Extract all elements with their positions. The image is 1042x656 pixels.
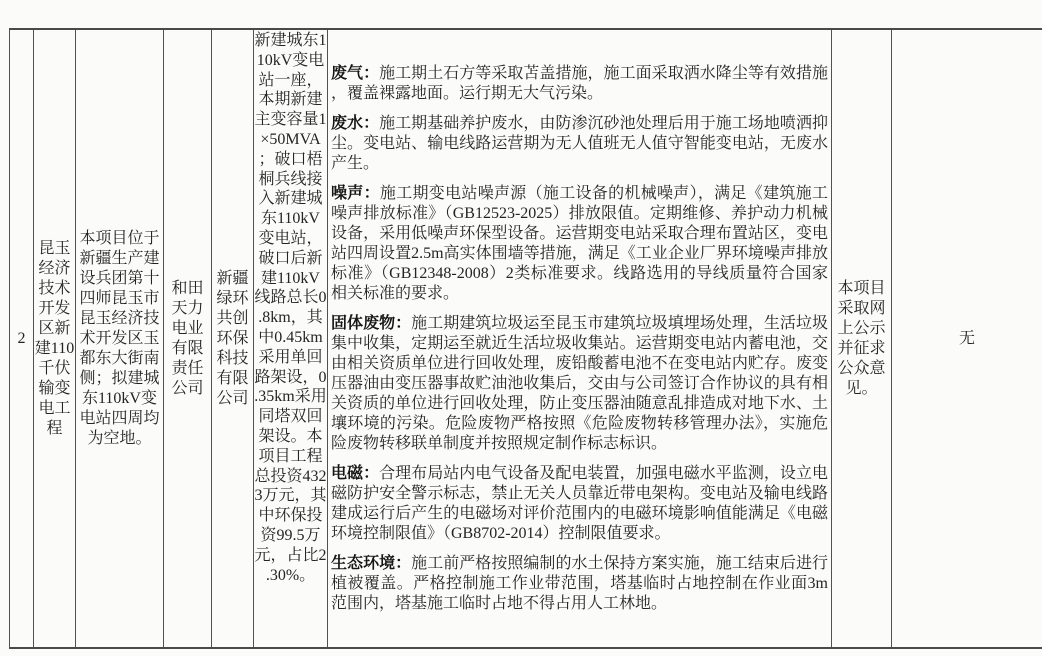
- project-name: 昆玉经济技术开发区新建110千伏输变电工程: [34, 239, 75, 439]
- scanned-document-page: 2 昆玉经济技术开发区新建110千伏输变电工程 本项目位于新疆生产建设兵团第十四…: [0, 0, 1042, 656]
- measure-solid-waste-text: 施工期建筑垃圾运至昆玉市建筑垃圾填埋场处理，生活垃圾集中收集，定期运至就近生活垃…: [331, 315, 828, 452]
- measure-wastewater-text: 施工期基础养护废水，由防渗沉砂池处理后用于施工场地喷洒抑尘。变电站、输电线路运营…: [331, 115, 828, 172]
- construction-unit-cell: 和田天力电业有限责任公司: [163, 30, 211, 647]
- project-overview-cell: 新建城东110kV变电站一座，本期新建主变容量1×50MVA；破口梧桐兵线接入新…: [253, 30, 327, 647]
- measure-wastewater: 废水：施工期基础养护废水，由防渗沉砂池处理后用于施工场地喷洒抑尘。变电站、输电线…: [331, 114, 828, 174]
- eia-public-notice-table: 2 昆玉经济技术开发区新建110千伏输变电工程 本项目位于新疆生产建设兵团第十四…: [9, 28, 1042, 649]
- row-number: 2: [18, 329, 26, 349]
- measure-waste-gas-text: 施工期土石方等采取苫盖措施，施工面采取洒水降尘等有效措施，覆盖裸露地面。运行期无…: [331, 65, 828, 102]
- project-overview: 新建城东110kV变电站一座，本期新建主变容量1×50MVA；破口梧桐兵线接入新…: [254, 31, 327, 585]
- public-participation-cell: 本项目采取网上公示并征求公众意见。: [831, 30, 891, 647]
- measure-waste-gas-label: 废气：: [331, 65, 379, 82]
- measure-electromagnetic-text: 合理布局站内电气设备及配电装置，加强电磁水平监测，设立电磁防护安全警示标志，禁止…: [331, 465, 828, 542]
- row-number-cell: 2: [9, 30, 33, 647]
- eia-agency-cell: 新疆绿环共创环保科技有限公司: [211, 30, 253, 647]
- eia-agency: 新疆绿环共创环保科技有限公司: [212, 269, 253, 409]
- construction-unit: 和田天力电业有限责任公司: [164, 279, 211, 399]
- project-location-cell: 本项目位于新疆生产建设兵团第十四师昆玉市昆玉经济技术开发区玉都东大街南侧；拟建城…: [75, 30, 163, 647]
- public-participation-text: 本项目采取网上公示并征求公众意见。: [837, 279, 886, 399]
- measure-solid-waste-label: 固体废物：: [331, 315, 411, 332]
- measure-noise-label: 噪声：: [331, 185, 380, 202]
- environmental-measures-cell: 废气：施工期土石方等采取苫盖措施，施工面采取洒水降尘等有效措施，覆盖裸露地面。运…: [327, 30, 831, 647]
- measure-noise-text: 施工期变电站噪声源（施工设备的机械噪声），满足《建筑施工噪声排放标准》（GB12…: [331, 185, 828, 302]
- measure-ecology: 生态环境：施工前严格按照编制的水土保持方案实施，施工结束后进行植被覆盖。严格控制…: [331, 554, 828, 614]
- measure-solid-waste: 固体废物：施工期建筑垃圾运至昆玉市建筑垃圾填埋场处理，生活垃圾集中收集，定期运至…: [331, 314, 828, 454]
- project-name-cell: 昆玉经济技术开发区新建110千伏输变电工程: [33, 30, 75, 647]
- project-location: 本项目位于新疆生产建设兵团第十四师昆玉市昆玉经济技术开发区玉都东大街南侧；拟建城…: [78, 229, 161, 449]
- remarks-text: 无: [959, 329, 975, 349]
- measure-electromagnetic-label: 电磁：: [331, 465, 379, 482]
- remarks-cell: 无: [891, 30, 1042, 647]
- measure-electromagnetic: 电磁：合理布局站内电气设备及配电装置，加强电磁水平监测，设立电磁防护安全警示标志…: [331, 464, 828, 544]
- measure-waste-gas: 废气：施工期土石方等采取苫盖措施，施工面采取洒水降尘等有效措施，覆盖裸露地面。运…: [331, 64, 828, 104]
- measure-noise: 噪声：施工期变电站噪声源（施工设备的机械噪声），满足《建筑施工噪声排放标准》（G…: [331, 184, 828, 304]
- measure-ecology-label: 生态环境：: [331, 555, 411, 572]
- measure-wastewater-label: 废水：: [331, 115, 379, 132]
